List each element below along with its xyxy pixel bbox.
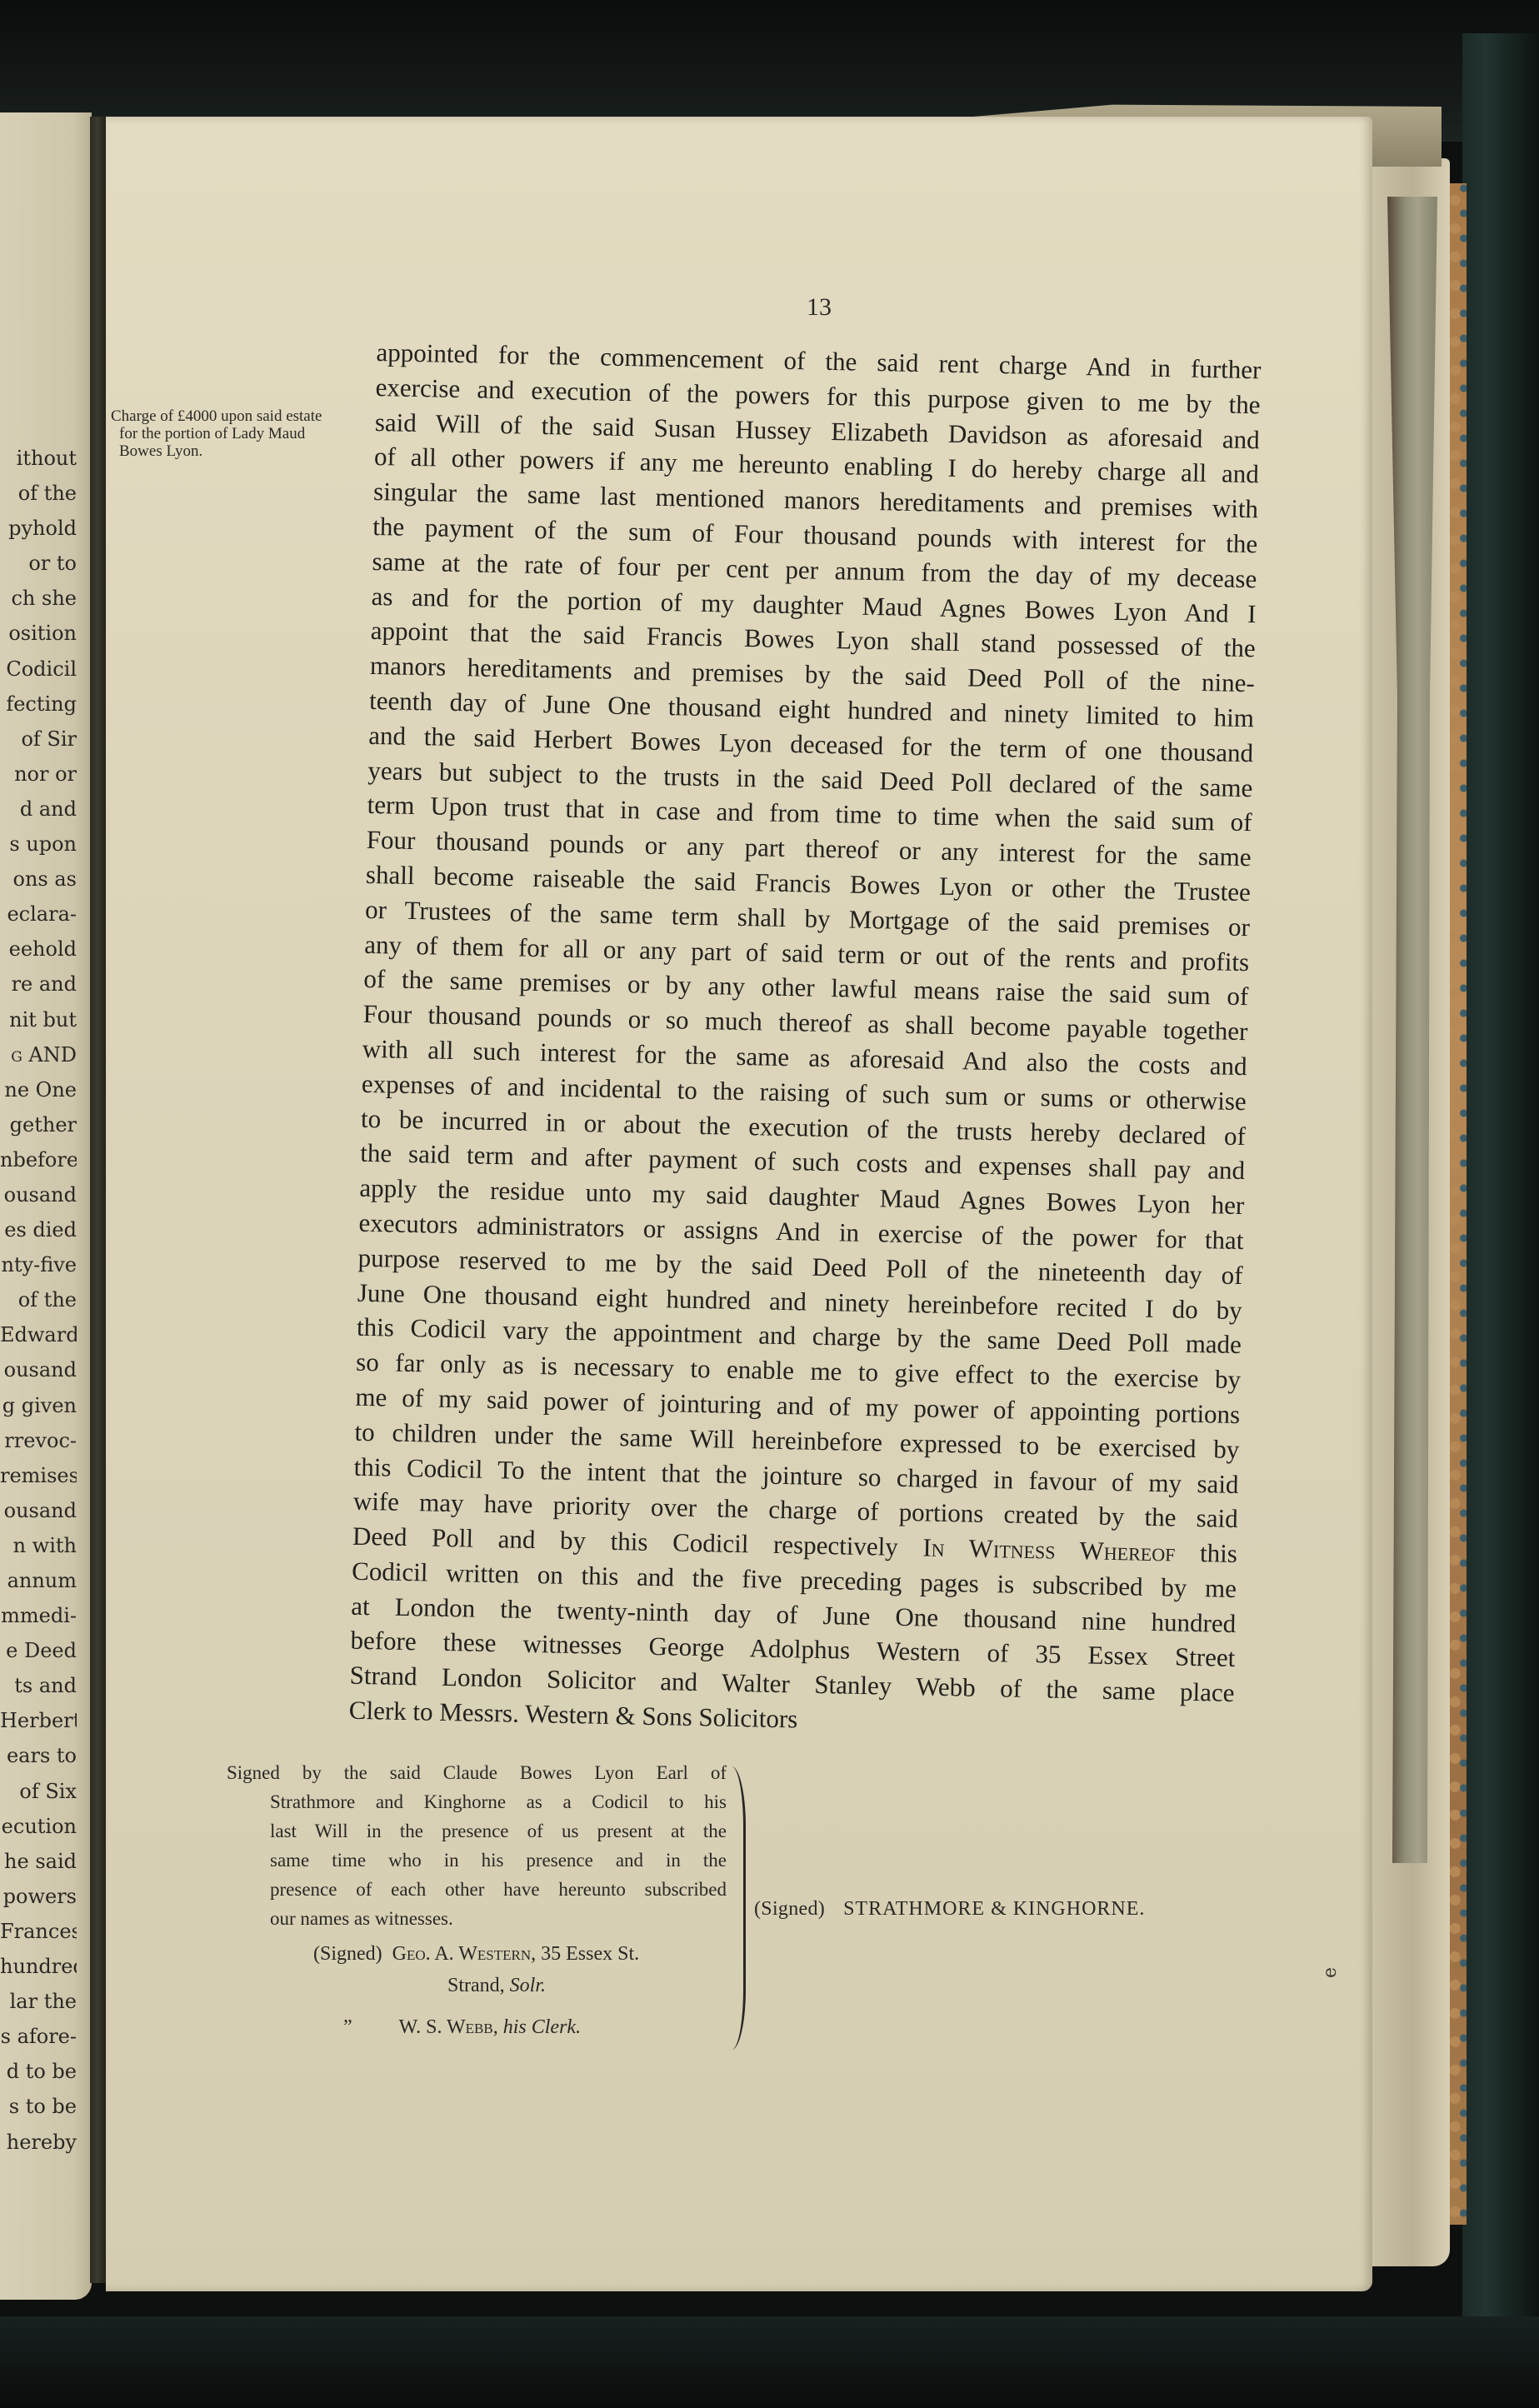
witness-name: Geo. A. Western [392, 1943, 531, 1965]
left-page-line: gether [0, 1107, 77, 1142]
left-page-line: rrevoc- [0, 1423, 77, 1458]
left-page-line: osition [0, 616, 77, 651]
left-page-line: g AND [0, 1037, 77, 1072]
left-page-line: pyhold [0, 511, 77, 546]
book-cover-bottom [0, 2316, 1539, 2408]
left-page-line: of Sir [0, 722, 77, 757]
witness-phrase: In Witness Whereof [922, 1533, 1176, 1567]
margin-note-line: Charge of £4000 upon said estate [111, 407, 386, 425]
body-line-text: this [1200, 1538, 1237, 1568]
left-page-line: nty-five [0, 1247, 77, 1282]
left-page-line: ousand [0, 1493, 77, 1528]
left-page-line: ne One [0, 1072, 77, 1107]
left-page-line: he said [0, 1844, 77, 1879]
left-page-line: d to be [0, 2054, 77, 2089]
left-page-line: ithout [0, 441, 77, 476]
curly-brace [732, 1766, 746, 2050]
left-page-line: ecution [0, 1809, 77, 1844]
left-page-line: Herbert [0, 1703, 77, 1738]
left-page-line: s upon [0, 827, 77, 862]
left-page-line: nit but [0, 1002, 77, 1037]
witness-signature-1: (Signed) Geo. A. Western, 35 Essex St. [313, 1943, 639, 1966]
attestation-line: same time who in his presence and in the [270, 1846, 727, 1875]
left-page-line: es died [0, 1212, 77, 1247]
testator-signature: (Signed)STRATHMORE & KINGHORNE. [754, 1898, 1145, 1921]
left-page-line: remises [0, 1458, 77, 1493]
ditto-mark: ” [343, 2016, 352, 2038]
left-page-line: ousand [0, 1352, 77, 1387]
witness-role: his Clerk. [503, 2016, 581, 2038]
left-page-text: ithoutof thepyholdor toch sheositionCodi… [0, 441, 77, 2160]
left-page-line: d and [0, 792, 77, 827]
left-page-line: ons as [0, 862, 77, 897]
attestation-line: last Will in the presence of us present … [270, 1816, 727, 1846]
left-page-line: e Deed [0, 1633, 77, 1668]
attestation-line: presence of each other have hereunto sub… [270, 1875, 727, 1904]
testator-name: STRATHMORE & KINGHORNE. [843, 1898, 1145, 1920]
left-page-line: powers [0, 1879, 77, 1914]
left-page-line: ch she [0, 581, 77, 616]
left-page-line: g given [0, 1388, 77, 1423]
left-page-line: ears to [0, 1738, 77, 1773]
left-page-line: nor or [0, 757, 77, 792]
left-page-line: Codicil [0, 652, 77, 687]
left-page-line: ts and [0, 1668, 77, 1703]
book-cover-right [1462, 33, 1539, 2350]
left-page-line: lar the [0, 1984, 77, 2019]
witness-signature-2: ” W. S. Webb, his Clerk. [343, 2016, 581, 2039]
attestation-clause: Signed by the said Claude Bowes Lyon Ear… [227, 1758, 727, 1933]
margin-note: Charge of £4000 upon said estate for the… [111, 407, 386, 460]
left-page-line: hereby [0, 2125, 77, 2160]
left-page-line: s afore- [0, 2019, 77, 2054]
margin-note-line: Bowes Lyon. [111, 442, 386, 460]
left-page-line: fecting [0, 687, 77, 722]
left-page-line: of the [0, 476, 77, 511]
left-page-line: eehold [0, 932, 77, 967]
left-page: ithoutof thepyholdor toch sheositionCodi… [0, 112, 92, 2300]
left-page-line: s to be [0, 2089, 77, 2124]
edge-letter-fragment: e [1320, 1967, 1341, 1978]
left-page-line: or to [0, 546, 77, 581]
left-page-line: ousand [0, 1177, 77, 1212]
witness-signature-1-line2: Strand, Solr. [447, 1975, 546, 1997]
witness-address-line2: Strand, [447, 1975, 505, 1996]
attestation-line: Signed by the said Claude Bowes Lyon Ear… [227, 1758, 727, 1787]
body-text: appointed for the commencement of the sa… [348, 335, 1261, 1746]
left-page-line: annum [0, 1563, 77, 1598]
attestation-line: Strathmore and Kinghorne as a Codicil to… [270, 1787, 727, 1816]
left-page-line: mmedi- [0, 1598, 77, 1633]
left-page-line: Edward [0, 1317, 77, 1352]
left-page-line: Frances [0, 1914, 77, 1949]
left-page-line: of the [0, 1282, 77, 1317]
left-page-line: hundred [0, 1949, 77, 1984]
left-page-line: n with [0, 1528, 77, 1563]
left-page-line: eclara- [0, 897, 77, 932]
left-page-line: re and [0, 967, 77, 1002]
page-number: 13 [807, 293, 832, 322]
witness-name: W. S. Webb [399, 2016, 493, 2038]
signed-label: (Signed) [754, 1898, 825, 1920]
attestation-line: our names as witnesses. [270, 1904, 727, 1933]
witness-role: Solr. [510, 1975, 546, 1996]
left-page-line: nbefore [0, 1142, 77, 1177]
left-page-line: of Six [0, 1774, 77, 1809]
signed-label: (Signed) [313, 1943, 382, 1965]
margin-note-line: for the portion of Lady Maud [111, 425, 386, 442]
witness-address: , 35 Essex St. [531, 1943, 639, 1965]
